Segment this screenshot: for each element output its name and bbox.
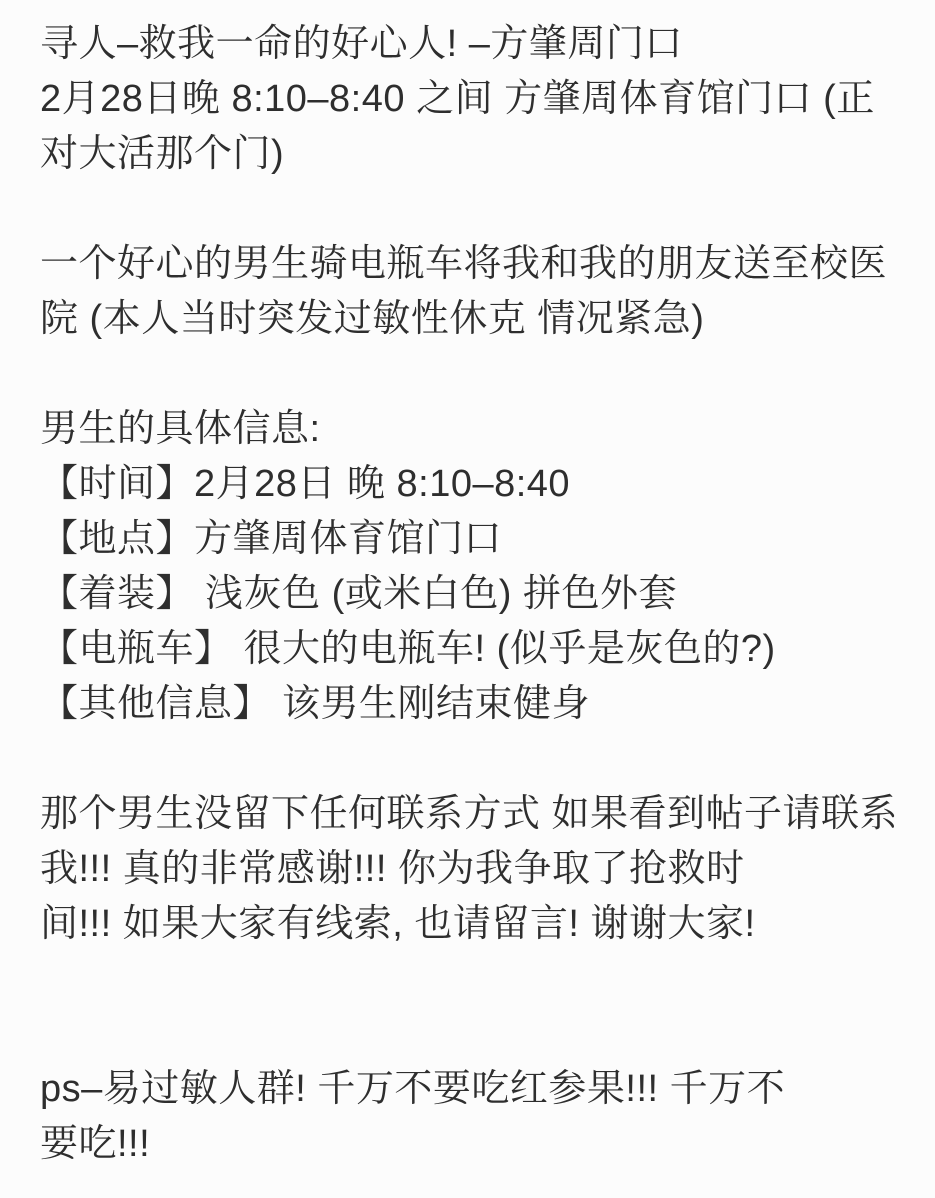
appeal-line-2: 我!!! 真的非常感谢!!! 你为我争取了抢救时	[40, 842, 905, 897]
incident-line-1: 一个好心的男生骑电瓶车将我和我的朋友送至校医	[40, 237, 905, 292]
event-time-location-line: 2月28日晚 8:10–8:40 之间 方肇周体育馆门口 (正	[40, 72, 905, 127]
postscript-paragraph: ps–易过敏人群! 千万不要吃红参果!!! 千万不 要吃!!!	[40, 1062, 905, 1172]
incident-line-2: 院 (本人当时突发过敏性休克 情况紧急)	[40, 292, 905, 347]
incident-paragraph: 一个好心的男生骑电瓶车将我和我的朋友送至校医 院 (本人当时突发过敏性休克 情况…	[40, 237, 905, 347]
appeal-line-1: 那个男生没留下任何联系方式 如果看到帖子请联系	[40, 787, 905, 842]
details-paragraph: 男生的具体信息: 【时间】2月28日 晚 8:10–8:40 【地点】方肇周体育…	[40, 402, 905, 732]
appeal-line-3: 间!!! 如果大家有线索, 也请留言! 谢谢大家!	[40, 897, 905, 952]
header-paragraph: 寻人–救我一命的好心人! –方肇周门口 2月28日晚 8:10–8:40 之间 …	[40, 17, 905, 182]
event-location-continued-line: 对大活那个门)	[40, 127, 905, 182]
detail-scooter-line: 【电瓶车】 很大的电瓶车! (似乎是灰色的?)	[40, 622, 905, 677]
postscript-line-2: 要吃!!!	[40, 1117, 905, 1172]
detail-location-line: 【地点】方肇周体育馆门口	[40, 512, 905, 567]
details-heading: 男生的具体信息:	[40, 402, 905, 457]
detail-time-line: 【时间】2月28日 晚 8:10–8:40	[40, 457, 905, 512]
post-title: 寻人–救我一命的好心人! –方肇周门口	[40, 17, 905, 72]
detail-other-info-line: 【其他信息】 该男生刚结束健身	[40, 677, 905, 732]
detail-clothing-line: 【着装】 浅灰色 (或米白色) 拼色外套	[40, 567, 905, 622]
appeal-paragraph: 那个男生没留下任何联系方式 如果看到帖子请联系 我!!! 真的非常感谢!!! 你…	[40, 787, 905, 952]
post-page: 寻人–救我一命的好心人! –方肇周门口 2月28日晚 8:10–8:40 之间 …	[0, 0, 935, 1198]
postscript-line-1: ps–易过敏人群! 千万不要吃红参果!!! 千万不	[40, 1062, 905, 1117]
